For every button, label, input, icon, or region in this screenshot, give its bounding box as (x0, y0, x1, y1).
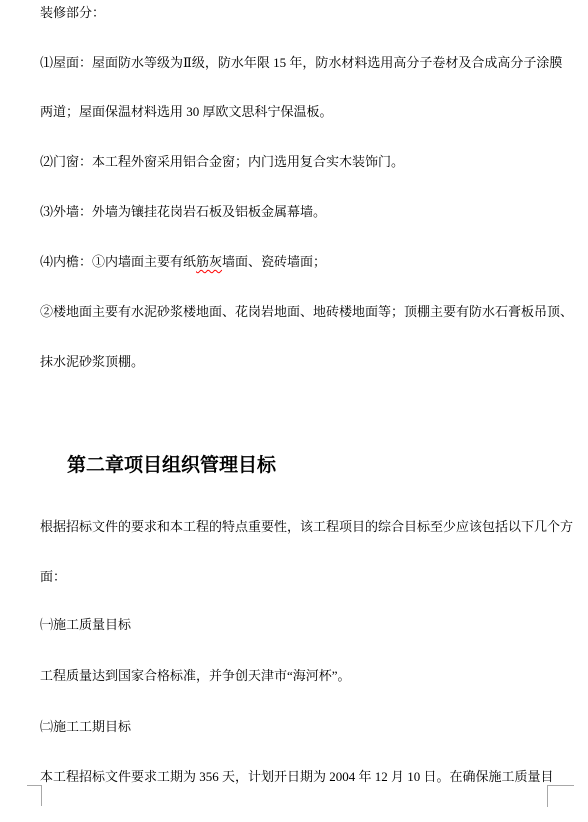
paragraph-interior-eaves: ⑷内檐：①内墙面主要有纸筋灰墙面、瓷砖墙面； (40, 254, 326, 270)
paragraph-roof-line2: 两道；屋面保温材料选用 30 厚欧文思科宁保温板。 (40, 104, 333, 120)
text-boundary-mark-bottom-right (547, 785, 574, 807)
paragraph-chapter-intro-line2: 面： (40, 569, 66, 585)
paragraph-schedule-goal: 本工程招标文件要求工期为 356 天，计划开日期为 2004 年 12 月 10… (40, 769, 554, 785)
paragraph-decoration-intro: 装修部分： (40, 5, 105, 21)
paragraph-text: ⑷内檐：①内墙面主要有纸 (40, 254, 196, 269)
chapter-heading: 第二章项目组织管理目标 (67, 454, 276, 478)
paragraph-floors-line1: ②楼地面主要有水泥砂浆楼地面、花岗岩地面、地砖楼地面等；顶棚主要有防水石膏板吊顶… (40, 304, 573, 320)
paragraph-exterior-wall: ⑶外墙：外墙为镶挂花岗岩石板及铝板金属幕墙。 (40, 204, 326, 220)
paragraph-chapter-intro-line1: 根据招标文件的要求和本工程的特点重要性，该工程项目的综合目标至少应该包括以下几个… (40, 519, 573, 535)
subheading-schedule-goal: ㈡施工工期目标 (40, 719, 131, 735)
paragraph-floors-line2: 抹水泥砂浆顶棚。 (40, 354, 144, 370)
document-page: 装修部分： ⑴屋面：屋面防水等级为Ⅱ级，防水年限 15 年，防水材料选用高分子卷… (0, 0, 588, 822)
subheading-quality-goal: ㈠施工质量目标 (40, 617, 131, 633)
paragraph-quality-goal: 工程质量达到国家合格标准，并争创天津市“海河杯”。 (40, 668, 351, 684)
paragraph-doors-windows: ⑵门窗：本工程外窗采用铝合金窗；内门选用复合实木装饰门。 (40, 154, 404, 170)
text-boundary-mark-bottom-left (27, 785, 42, 806)
paragraph-text: 墙面、瓷砖墙面； (222, 254, 326, 269)
spellcheck-underlined-text: 筋灰 (196, 254, 222, 269)
paragraph-roof-line1: ⑴屋面：屋面防水等级为Ⅱ级，防水年限 15 年，防水材料选用高分子卷材及合成高分… (40, 55, 562, 71)
